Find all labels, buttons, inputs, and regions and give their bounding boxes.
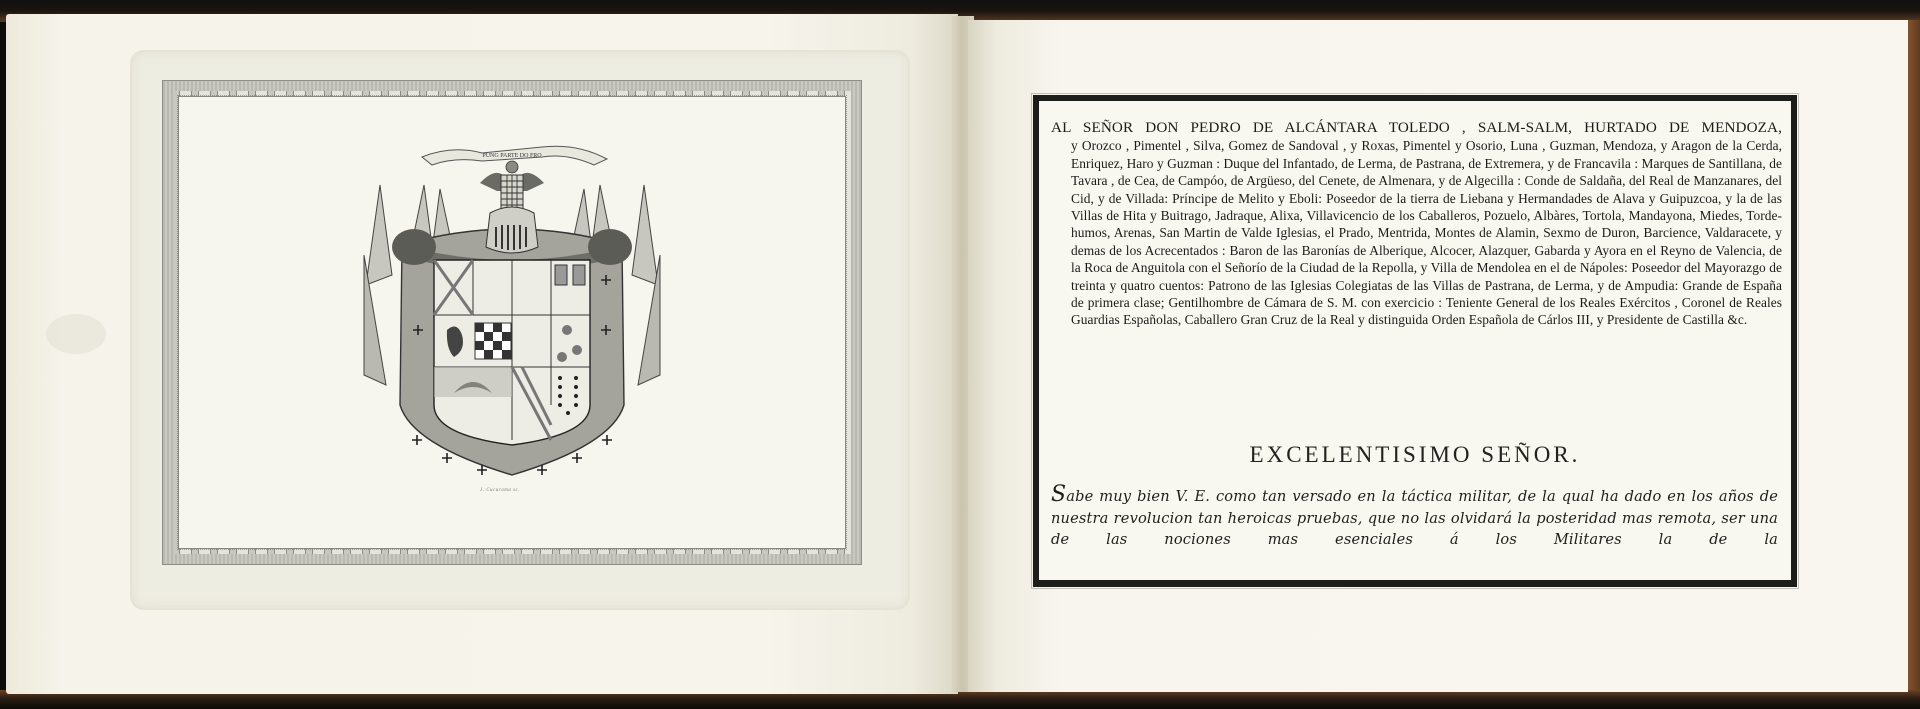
addressee-heading: AL SEÑOR DON PEDRO DE ALCÁNTARA TOLEDO ,… <box>1049 119 1782 136</box>
salutation-heading: EXCELENTISIMO SEÑOR. <box>1039 442 1791 468</box>
angel-crest-icon <box>480 161 544 211</box>
dedication-letter-body: Sabe muy bien V. E. como tan versado en … <box>1051 486 1778 551</box>
addressee-titles: y Orozco , Pimentel , Silva, Gomez de Sa… <box>1049 137 1782 328</box>
heraldic-shield <box>434 260 590 445</box>
svg-text:PUNG PARTE DO FRO: PUNG PARTE DO FRO <box>482 153 542 159</box>
engraver-signature: J. Cucurama sc. <box>460 488 540 498</box>
dedication-frame: AL SEÑOR DON PEDRO DE ALCÁNTARA TOLEDO ,… <box>1033 95 1797 587</box>
helmet-icon <box>486 207 538 253</box>
letter-dropcap: S <box>1051 482 1066 507</box>
addressee-block: AL SEÑOR DON PEDRO DE ALCÁNTARA TOLEDO ,… <box>1049 119 1782 329</box>
coat-of-arms-engraving: PUNG PARTE DO FRO <box>362 135 662 480</box>
letter-text: abe muy bien V. E. como tan versado en l… <box>1051 488 1778 548</box>
